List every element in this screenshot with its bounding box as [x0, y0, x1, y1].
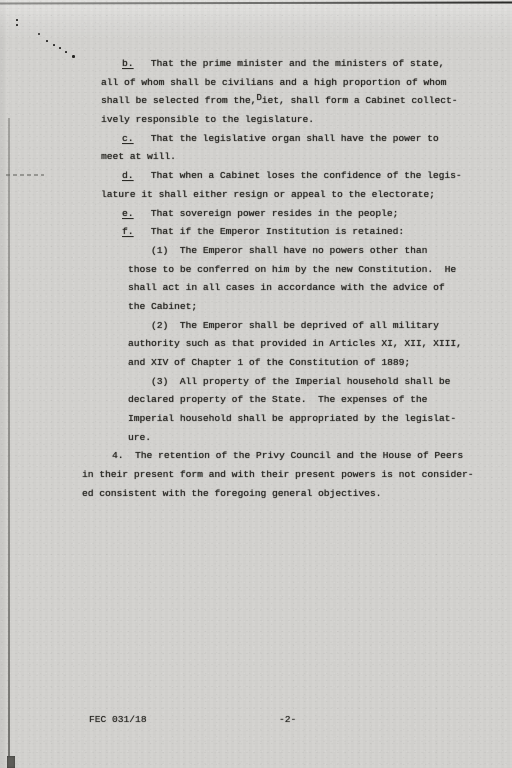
document-line: meet at will. — [0, 148, 512, 167]
scan-speckle — [53, 44, 55, 46]
line-text: in their present form and with their pre… — [82, 469, 474, 480]
scan-speckle — [16, 24, 18, 26]
document-line: ed consistent with the foregoing general… — [0, 485, 512, 504]
document-line: d. That when a Cabinet loses the confide… — [0, 167, 512, 186]
line-text: That when a Cabinet loses the confidence… — [134, 170, 462, 181]
paragraph-label: b. — [122, 58, 134, 69]
paragraph-label: e. — [122, 208, 134, 219]
scan-speckle — [46, 40, 48, 42]
line-text: all of whom shall be civilians and a hig… — [101, 77, 446, 88]
line-text: those to be conferred on him by the new … — [128, 264, 456, 275]
line-text: (1) The Emperor shall have no powers oth… — [151, 245, 427, 256]
line-text: authority such as that provided in Artic… — [128, 338, 462, 349]
line-text: shall be selected from the, — [101, 95, 256, 106]
document-line: f. That if the Emperor Institution is re… — [0, 223, 512, 242]
line-text: The retention of the Privy Council and t… — [124, 450, 464, 461]
scanned-document-page: b. That the prime minister and the minis… — [0, 0, 512, 768]
document-line: ure. — [0, 429, 512, 448]
line-text: Imperial household shall be appropriated… — [128, 413, 456, 424]
scan-bottom-mark — [7, 756, 15, 768]
line-text: the Cabinet; — [128, 301, 197, 312]
scan-speckle — [59, 47, 61, 49]
line-text: (2) The Emperor shall be deprived of all… — [151, 320, 439, 331]
line-text: That the prime minister and the minister… — [134, 58, 445, 69]
scan-speckle — [38, 33, 40, 35]
scan-corner-mark — [495, 0, 512, 13]
scan-top-edge-line — [0, 1, 512, 4]
document-line: e. That sovereign power resides in the p… — [0, 205, 512, 224]
document-line: Imperial household shall be appropriated… — [0, 410, 512, 429]
page-number: -2- — [279, 710, 296, 729]
document-line: lature it shall either resign or appeal … — [0, 186, 512, 205]
line-text: That the legislative organ shall have th… — [134, 133, 439, 144]
line-text: ively responsible to the legislature. — [101, 114, 314, 125]
document-line: c. That the legislative organ shall have… — [0, 130, 512, 149]
scan-speckle — [65, 51, 67, 53]
document-line: those to be conferred on him by the new … — [0, 261, 512, 280]
line-text: That if the Emperor Institution is retai… — [134, 226, 405, 237]
line-text: That sovereign power resides in the peop… — [134, 208, 399, 219]
paragraph-label: 4. — [112, 450, 124, 461]
document-line: b. That the prime minister and the minis… — [0, 55, 512, 74]
document-line: (3) All property of the Imperial househo… — [0, 373, 512, 392]
paragraph-label: d. — [122, 170, 134, 181]
document-line: ively responsible to the legislature. — [0, 111, 512, 130]
line-text: declared property of the State. The expe… — [128, 394, 427, 405]
document-line: authority such as that provided in Artic… — [0, 335, 512, 354]
line-text: ure. — [128, 432, 151, 443]
scan-speckle — [16, 19, 18, 21]
line-text: meet at will. — [101, 151, 176, 162]
line-text: (3) All property of the Imperial househo… — [151, 376, 450, 387]
document-line: and XIV of Chapter 1 of the Constitution… — [0, 354, 512, 373]
line-text: iet, shall form a Cabinet collect- — [262, 95, 458, 106]
raised-character: D — [256, 93, 261, 103]
document-line: shall act in all cases in accordance wit… — [0, 279, 512, 298]
document-line: all of whom shall be civilians and a hig… — [0, 74, 512, 93]
document-line: shall be selected from the,Diet, shall f… — [0, 92, 512, 111]
document-line: 4. The retention of the Privy Council an… — [0, 447, 512, 466]
line-text: and XIV of Chapter 1 of the Constitution… — [128, 357, 410, 368]
document-body: b. That the prime minister and the minis… — [0, 55, 512, 504]
document-id: FEC 031/18 — [89, 710, 147, 729]
document-line: the Cabinet; — [0, 298, 512, 317]
line-text: ed consistent with the foregoing general… — [82, 488, 381, 499]
document-line: (2) The Emperor shall be deprived of all… — [0, 317, 512, 336]
line-text: lature it shall either resign or appeal … — [101, 189, 435, 200]
paragraph-label: f. — [122, 226, 134, 237]
paragraph-label: c. — [122, 133, 134, 144]
document-line: in their present form and with their pre… — [0, 466, 512, 485]
document-line: (1) The Emperor shall have no powers oth… — [0, 242, 512, 261]
document-footer: FEC 031/18 -2- — [0, 710, 512, 729]
document-line: declared property of the State. The expe… — [0, 391, 512, 410]
line-text: shall act in all cases in accordance wit… — [128, 282, 445, 293]
